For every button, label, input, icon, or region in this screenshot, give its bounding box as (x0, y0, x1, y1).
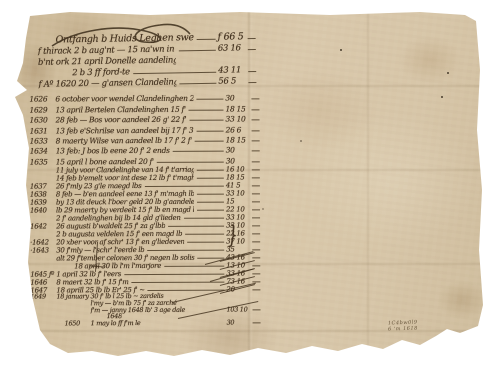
photo-background: Ontfangh b Huids Leghen swert e boon Cla… (0, 0, 500, 375)
entry-year: 1635 (30, 157, 56, 166)
entry-year: 1645 ƒº (30, 270, 56, 278)
entry-amount: 16 10 (226, 165, 252, 173)
entry-year: 1639 (30, 198, 56, 206)
leader-line (197, 257, 224, 258)
leader-line (179, 50, 216, 52)
leader-line (147, 249, 224, 250)
entry-text: 8 maerty Wilse van aandeel lb 17 f' 2 f' (56, 136, 192, 146)
entry-amount: 33 10 (226, 189, 252, 197)
entry-amount: 18 15 (226, 173, 252, 181)
entry-year: 1637 (30, 182, 56, 190)
ledger-block: 1626 6 october voor wendel Clandelinghen… (29, 92, 252, 327)
entry-amount: 33 10 (226, 115, 252, 124)
manuscript-paper: Ontfangh b Huids Leghen swert e boon Cla… (0, 0, 500, 375)
entry-text: ƒ Aº 1620 20 — g'ansen Clandelinghen 23 … (38, 77, 176, 89)
leader-line (133, 72, 216, 74)
entry-amount: 22 10 (226, 205, 252, 213)
entry-amount: 30 (225, 94, 251, 103)
entry-amount: 56 5 (218, 76, 248, 87)
leader-line (125, 317, 225, 318)
entry-year: ·1642 (30, 238, 56, 246)
ledger-row: 1650 1 may lo ff f'm le 30 (31, 320, 253, 328)
entry-text: f'm — janny 1648 lb' 3 age dale (91, 306, 186, 314)
leader-line (164, 265, 224, 266)
entry-year: 1650 (65, 319, 91, 327)
leader-line (179, 83, 216, 85)
leader-line (195, 141, 224, 142)
leader-line (197, 130, 224, 131)
entry-year: 1630 (30, 116, 56, 125)
leader-line (197, 169, 224, 170)
entry-text: 1 may lo ff f'm le (91, 319, 141, 327)
entry-amount: 18 15 (225, 104, 251, 113)
entry-amount: 43 11 (218, 65, 248, 76)
entry-text: 2 b 3 ff ford-te (72, 67, 130, 78)
archive-mark-line2: 6 'm 1618 (388, 325, 418, 332)
entry-text: 6 october voor wendel Clandelinghen 20 f… (55, 94, 193, 104)
header-block: Ontfangh b Huids Leghen swert e boon Cla… (38, 31, 249, 90)
brace-mark: } (228, 221, 238, 250)
entry-amount: 13 10 (226, 261, 252, 269)
entry-year: 1646 (30, 278, 56, 286)
entry-amount: 18 15 (226, 135, 252, 144)
ink-speck (447, 72, 449, 74)
entry-amount: 63 16 (218, 43, 248, 54)
entry-year: 1638 (30, 190, 56, 198)
entry-year: 1631 (30, 126, 56, 135)
entry-year: 1629 (29, 105, 55, 114)
entry-year: 1640 (30, 206, 56, 214)
entry-amount: 30 (226, 156, 252, 165)
entry-amount: 30 (226, 146, 252, 155)
entry-year: 1633 (30, 136, 56, 145)
leader-line (124, 273, 224, 275)
entry-amount: 41 5 (226, 181, 252, 189)
leader-line (157, 161, 224, 162)
entry-text: 28 feb — Bos voor aandeel 26 g' 22 f' (56, 115, 187, 125)
leader-line (148, 289, 225, 290)
ink-speck (300, 140, 302, 142)
archive-mark: 1C4bw0l9 6 'm 1618 (388, 319, 418, 332)
entry-amount: 15 (226, 197, 252, 205)
leader-line (188, 241, 225, 242)
leader-line (169, 225, 225, 226)
entry-text: 13 feb: J bos lb eene 20 f' 2 ends (56, 146, 170, 156)
leader-line (185, 233, 224, 234)
entry-text: 13 april Bertelen Clandelinghen 15 f' (55, 105, 185, 115)
entry-year: 1649 (30, 293, 56, 301)
leader-line (189, 120, 223, 121)
entry-amount: 26 6 (226, 125, 252, 134)
leader-line (179, 62, 216, 63)
leader-line (189, 109, 224, 110)
paper-sheet: Ontfangh b Huids Leghen swert e boon Cla… (0, 0, 500, 375)
leader-line (144, 185, 223, 186)
ink-speck (262, 208, 264, 210)
entry-year: ·1643 (30, 246, 56, 254)
leader-line (197, 201, 224, 202)
entry-text: 13 feb e'Schrilse van aandeel bij 17 f' … (56, 125, 194, 135)
entry-year: 1626 (29, 95, 55, 104)
leader-line (173, 151, 224, 152)
leader-line (197, 193, 224, 194)
leader-line (197, 177, 224, 178)
ledger-row: 18 april 30 lb l'm l'marjore 13 10 (30, 261, 252, 270)
entry-text: 18 april 30 lb l'm l'marjore (74, 262, 161, 270)
leader-line (197, 209, 224, 210)
header-line: ƒ Aº 1620 20 — g'ansen Clandelinghen 23 … (38, 75, 248, 90)
entry-amount: 30 (227, 319, 253, 327)
entry-year: 1642 (30, 222, 56, 230)
leader-line (184, 217, 224, 218)
ink-speck (340, 49, 342, 51)
leader-line (196, 99, 223, 100)
ink-speck (441, 96, 443, 98)
leader-line (197, 39, 216, 40)
entry-amount: ƒ 66 5 (218, 31, 248, 43)
entry-year: 1634 (30, 147, 56, 156)
